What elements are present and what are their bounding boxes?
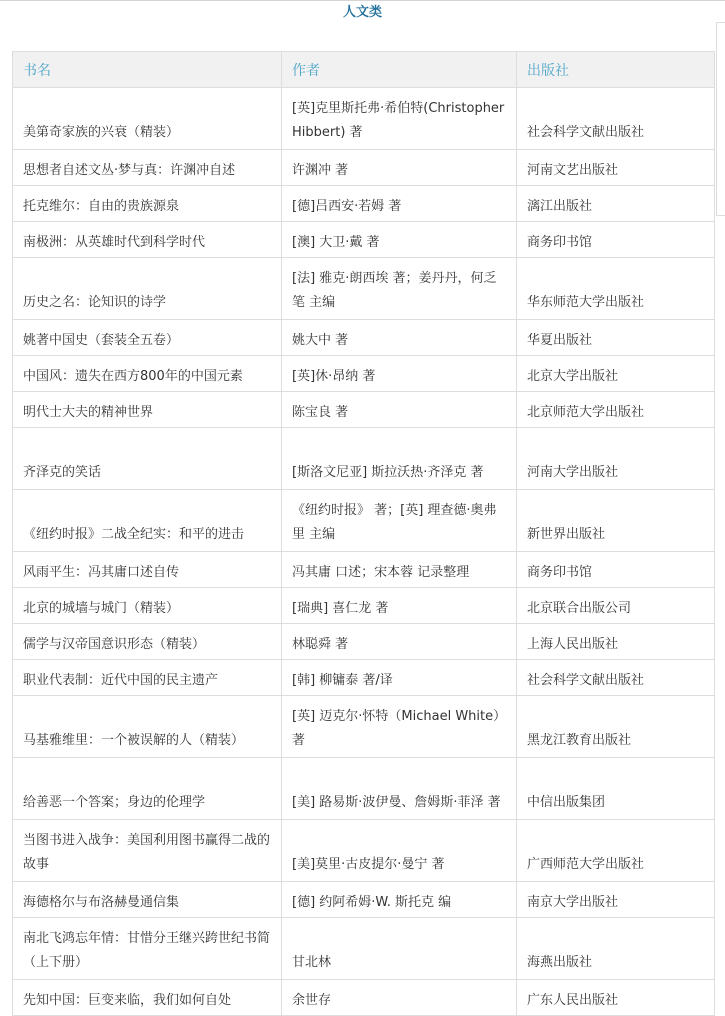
book-title: 明代士大夫的精神世界	[13, 392, 282, 428]
book-author: 余世存	[282, 980, 517, 989]
books-table: 书名 作者 出版社 美第奇家族的兴衰（精装） [英]克里斯托弗·希伯特(Chri…	[12, 51, 715, 988]
book-title: 历史之名：论知识的诗学	[13, 258, 282, 320]
book-title: 马基雅维里：一个被误解的人（精装）	[13, 696, 282, 758]
book-title: 南极洲：从英雄时代到科学时代	[13, 222, 282, 258]
book-publisher: 广东人民出版社	[517, 980, 715, 989]
table-row: 明代士大夫的精神世界 陈宝良 著 北京师范大学出版社	[13, 392, 715, 428]
book-title: 儒学与汉帝国意识形态（精装）	[13, 624, 282, 660]
book-title: 海德格尔与布洛赫曼通信集	[13, 882, 282, 918]
book-publisher: 漓江出版社	[517, 186, 715, 222]
book-publisher: 河南文艺出版社	[517, 150, 715, 186]
top-divider	[0, 0, 725, 1]
book-publisher: 华东师范大学出版社	[517, 258, 715, 320]
table-row: 中国风：遗失在西方800年的中国元素 [英]休·昂纳 著 北京大学出版社	[13, 356, 715, 392]
table-row: 美第奇家族的兴衰（精装） [英]克里斯托弗·希伯特(Christopher Hi…	[13, 88, 715, 150]
book-title: 《纽约时报》二战全纪实：和平的进击	[13, 490, 282, 552]
column-header-publisher: 出版社	[517, 52, 715, 88]
book-publisher: 北京师范大学出版社	[517, 392, 715, 428]
table-row: 托克维尔：自由的贵族源泉 [德]吕西安·若姆 著 漓江出版社	[13, 186, 715, 222]
book-title: 先知中国：巨变来临，我们如何自处	[13, 980, 282, 989]
book-author: [澳] 大卫·戴 著	[282, 222, 517, 258]
book-publisher: 商务印书馆	[517, 222, 715, 258]
book-author: [德] 约阿希姆·W. 斯托克 编	[282, 882, 517, 918]
book-author: [英]休·昂纳 著	[282, 356, 517, 392]
table-row: 职业代表制：近代中国的民主遗产 [韩] 柳镛泰 著/译 社会科学文献出版社	[13, 660, 715, 696]
book-title: 齐泽克的笑话	[13, 428, 282, 490]
book-author: [英] 迈克尔·怀特（Michael White）著	[282, 696, 517, 758]
book-author: [韩] 柳镛泰 著/译	[282, 660, 517, 696]
book-publisher: 上海人民出版社	[517, 624, 715, 660]
book-publisher: 社会科学文献出版社	[517, 660, 715, 696]
book-title: 职业代表制：近代中国的民主遗产	[13, 660, 282, 696]
table-row: 思想者自述文丛·梦与真：许渊冲自述 许渊冲 著 河南文艺出版社	[13, 150, 715, 186]
table-row: 马基雅维里：一个被误解的人（精装） [英] 迈克尔·怀特（Michael Whi…	[13, 696, 715, 758]
book-publisher: 商务印书馆	[517, 552, 715, 588]
table-row: 南北飞鸿忘年情：甘惜分王继兴跨世纪书简（上下册） 甘北林 海燕出版社	[13, 918, 715, 980]
table-row: 当图书进入战争：美国利用图书赢得二战的故事 [美]莫里·古皮提尔·曼宁 著 广西…	[13, 820, 715, 882]
book-author: 林聪舜 著	[282, 624, 517, 660]
book-title: 姚著中国史（套装全五卷）	[13, 320, 282, 356]
table-row: 历史之名：论知识的诗学 [法] 雅克·朗西埃 著；姜丹丹，何乏笔 主编 华东师范…	[13, 258, 715, 320]
book-author: [瑞典] 喜仁龙 著	[282, 588, 517, 624]
book-author: [美]莫里·古皮提尔·曼宁 著	[282, 820, 517, 882]
book-title: 中国风：遗失在西方800年的中国元素	[13, 356, 282, 392]
book-author: 姚大中 著	[282, 320, 517, 356]
book-title: 北京的城墙与城门（精装）	[13, 588, 282, 624]
column-header-author: 作者	[282, 52, 517, 88]
book-author: [德]吕西安·若姆 著	[282, 186, 517, 222]
book-title: 当图书进入战争：美国利用图书赢得二战的故事	[13, 820, 282, 882]
table-row: 风雨平生：冯其庸口述自传 冯其庸 口述；宋本蓉 记录整理 商务印书馆	[13, 552, 715, 588]
table-body: 美第奇家族的兴衰（精装） [英]克里斯托弗·希伯特(Christopher Hi…	[13, 88, 715, 989]
book-author: [斯洛文尼亚] 斯拉沃热·齐泽克 著	[282, 428, 517, 490]
book-author: 冯其庸 口述；宋本蓉 记录整理	[282, 552, 517, 588]
table-row: 《纽约时报》二战全纪实：和平的进击 《纽约时报》 著；[英] 理查德·奥弗里 主…	[13, 490, 715, 552]
table-row: 齐泽克的笑话 [斯洛文尼亚] 斯拉沃热·齐泽克 著 河南大学出版社	[13, 428, 715, 490]
book-publisher: 新世界出版社	[517, 490, 715, 552]
book-publisher: 海燕出版社	[517, 918, 715, 980]
book-publisher: 河南大学出版社	[517, 428, 715, 490]
book-title: 给善恶一个答案；身边的伦理学	[13, 758, 282, 820]
section-title: 人文类	[0, 4, 725, 22]
book-author: 陈宝良 著	[282, 392, 517, 428]
table-row: 先知中国：巨变来临，我们如何自处 余世存 广东人民出版社	[13, 980, 715, 989]
table-header-row: 书名 作者 出版社	[13, 52, 715, 88]
table-row: 海德格尔与布洛赫曼通信集 [德] 约阿希姆·W. 斯托克 编 南京大学出版社	[13, 882, 715, 918]
book-publisher: 南京大学出版社	[517, 882, 715, 918]
book-author: [英]克里斯托弗·希伯特(Christopher Hibbert) 著	[282, 88, 517, 150]
book-title: 风雨平生：冯其庸口述自传	[13, 552, 282, 588]
book-publisher: 社会科学文献出版社	[517, 88, 715, 150]
book-publisher: 华夏出版社	[517, 320, 715, 356]
column-header-title: 书名	[13, 52, 282, 88]
table-row: 北京的城墙与城门（精装） [瑞典] 喜仁龙 著 北京联合出版公司	[13, 588, 715, 624]
table-row: 给善恶一个答案；身边的伦理学 [美] 路易斯·波伊曼、詹姆斯·菲泽 著 中信出版…	[13, 758, 715, 820]
table-row: 儒学与汉帝国意识形态（精装） 林聪舜 著 上海人民出版社	[13, 624, 715, 660]
book-publisher: 广西师范大学出版社	[517, 820, 715, 882]
side-panel-edge	[716, 22, 725, 216]
book-title: 托克维尔：自由的贵族源泉	[13, 186, 282, 222]
book-publisher: 中信出版集团	[517, 758, 715, 820]
book-author: [美] 路易斯·波伊曼、詹姆斯·菲泽 著	[282, 758, 517, 820]
book-author: 许渊冲 著	[282, 150, 517, 186]
book-author: [法] 雅克·朗西埃 著；姜丹丹，何乏笔 主编	[282, 258, 517, 320]
book-publisher: 北京联合出版公司	[517, 588, 715, 624]
table-row: 南极洲：从英雄时代到科学时代 [澳] 大卫·戴 著 商务印书馆	[13, 222, 715, 258]
book-title: 南北飞鸿忘年情：甘惜分王继兴跨世纪书简（上下册）	[13, 918, 282, 980]
table-row: 姚著中国史（套装全五卷） 姚大中 著 华夏出版社	[13, 320, 715, 356]
book-title: 思想者自述文丛·梦与真：许渊冲自述	[13, 150, 282, 186]
book-publisher: 北京大学出版社	[517, 356, 715, 392]
book-title: 美第奇家族的兴衰（精装）	[13, 88, 282, 150]
book-author: 《纽约时报》 著；[英] 理查德·奥弗里 主编	[282, 490, 517, 552]
book-publisher: 黑龙江教育出版社	[517, 696, 715, 758]
book-author: 甘北林	[282, 918, 517, 980]
